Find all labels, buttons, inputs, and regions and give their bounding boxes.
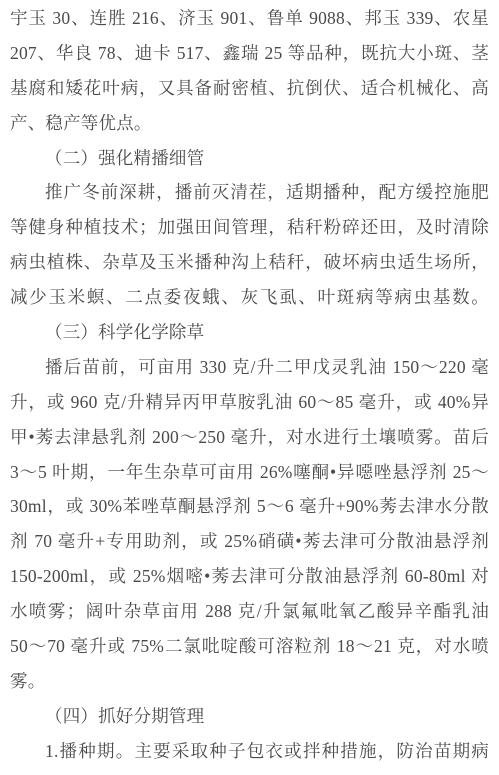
para-herbicide-usage-line: 150-200ml，或 25%烟嘧•莠去津可分散油悬浮剂 60-80ml 对 — [10, 559, 489, 594]
para-corn-varieties-line: 207、华良 78、迪卡 517、鑫瑞 25 等品种，既抗大小斑、茎 — [10, 36, 489, 71]
para-herbicide-usage-line: 3～5 叶期，一年生杂草可亩用 26%噻酮•异噁唑悬浮剂 25～ — [10, 455, 489, 490]
para-herbicide-usage-line: 播后苗前，可亩用 330 克/升二甲戊灵乳油 150～220 毫 — [10, 350, 489, 385]
para-corn-varieties-line: 基腐和矮花叶病，又具备耐密植、抗倒伏、适合机械化、高 — [10, 71, 489, 106]
para-herbicide-usage-line: 水喷雾；阔叶杂草亩用 288 克/升氯氟吡氧乙酸异辛酯乳油 — [10, 594, 489, 629]
heading-section-3-line: （三）科学化学除草 — [10, 315, 489, 350]
para-field-management-line: 等健身种植技术；加强田间管理，秸秆粉碎还田，及时清除 — [10, 210, 489, 245]
para-herbicide-usage-line: 50～70 毫升或 75%二氯吡啶酸可溶粒剂 18～21 克，对水喷 — [10, 629, 489, 664]
heading-section-4-line: （四）抓好分期管理 — [10, 699, 489, 734]
para-herbicide-usage-line: 雾。 — [10, 664, 489, 699]
para-herbicide-usage-line: 升，或 960 克/升精异丙甲草胺乳油 60～85 毫升，或 40%异 — [10, 385, 489, 420]
para-sowing-period-line: 1.播种期。主要采取种子包衣或拌种措施，防治苗期病 — [10, 734, 489, 769]
para-corn-varieties-line: 产、稳产等优点。 — [10, 106, 489, 141]
para-field-management-line: 减少玉米螟、二点委夜蛾、灰飞虱、叶斑病等病虫基数。 — [10, 280, 489, 315]
para-field-management-line: 推广冬前深耕，播前灭清茬，适期播种，配方缓控施肥 — [10, 175, 489, 210]
document-page: 宇玉 30、连胜 216、济玉 901、鲁单 9088、邦玉 339、农星207… — [0, 0, 499, 775]
para-herbicide-usage-line: 甲•莠去津悬乳剂 200～250 毫升，对水进行土壤喷雾。苗后 — [10, 420, 489, 455]
heading-section-2-line: （二）强化精播细管 — [10, 141, 489, 176]
para-corn-varieties-line: 宇玉 30、连胜 216、济玉 901、鲁单 9088、邦玉 339、农星 — [10, 1, 489, 36]
para-herbicide-usage-line: 剂 70 毫升+专用助剂，或 25%硝磺•莠去津可分散油悬浮剂 — [10, 524, 489, 559]
para-herbicide-usage-line: 30ml，或 30%苯唑草酮悬浮剂 5～6 毫升+90%莠去津水分散粒 — [10, 489, 489, 524]
para-field-management-line: 病虫植株、杂草及玉米播种沟上秸秆，破坏病虫适生场所， — [10, 245, 489, 280]
